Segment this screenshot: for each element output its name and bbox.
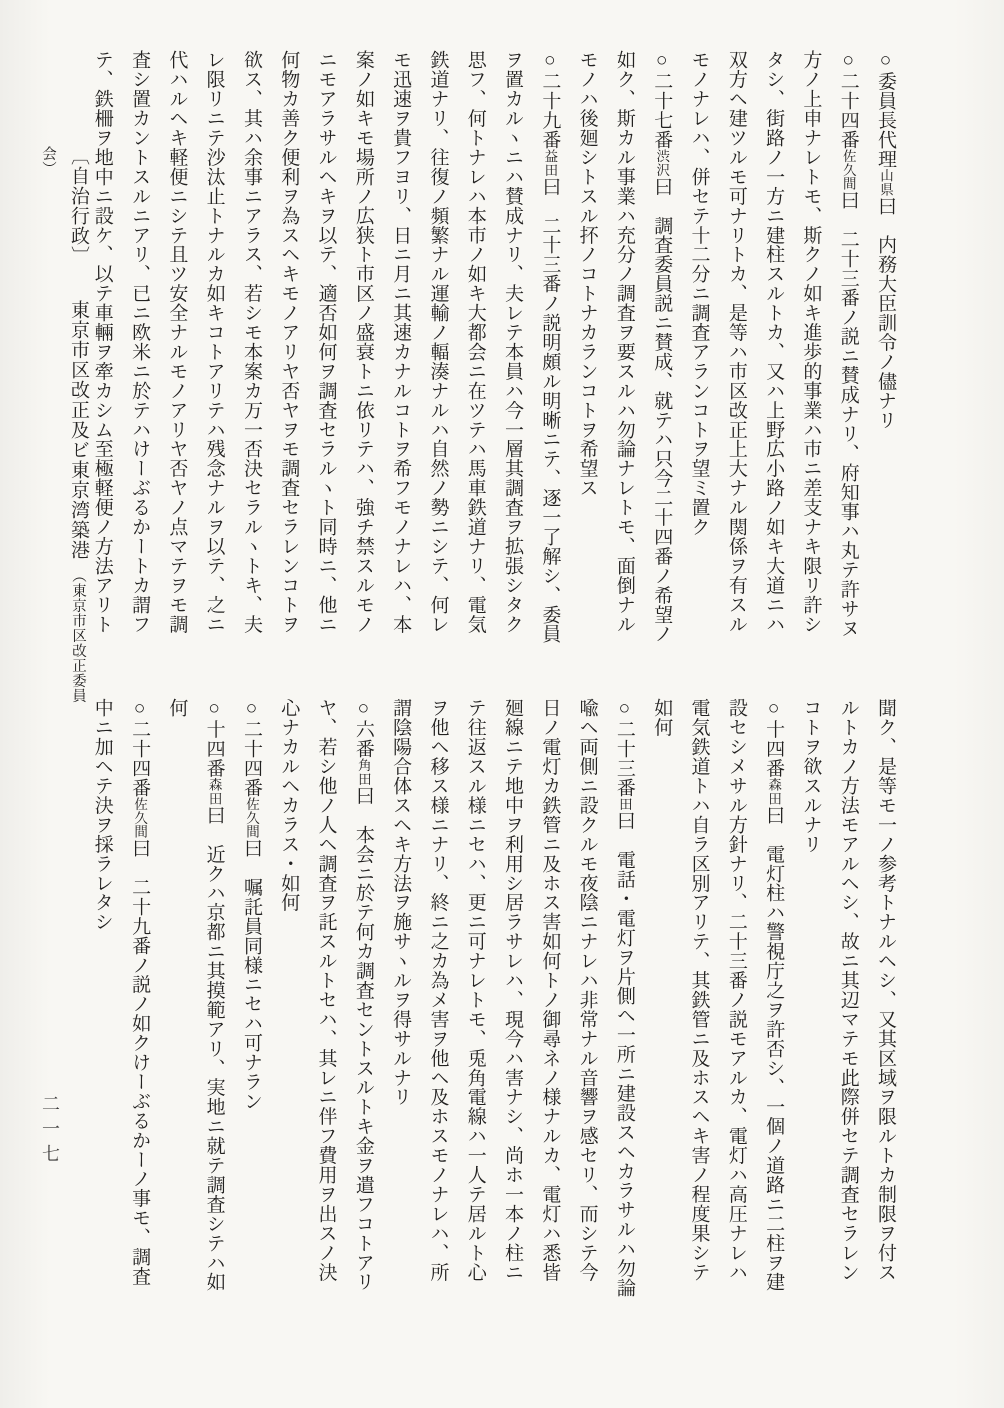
column-text: ○十四番	[204, 698, 225, 778]
text-column: ○二十七番渋沢曰 調査委員説ニ賛成、就テハ只今二十四番ノ希望ノ	[643, 50, 680, 656]
text-column: ○六番角田曰 本会ニ於テ何カ調査セントスルトキ金ヲ遣フコトアリ	[345, 698, 382, 1304]
text-column: 廻線ニテ地中ヲ利用シ居ラサレハ、現今ハ害ナシ、尚ホ一本ノ柱ニ	[494, 698, 531, 1304]
speaker-name: 森田	[207, 778, 222, 805]
column-text: 何物カ善ク便利ヲ為スヘキモノアリヤ否ヤヲモ調査セラレンコトヲ	[278, 50, 299, 634]
page-number: 二一七	[37, 1094, 63, 1169]
column-text: 曰 内務大臣訓令ノ儘ナリ	[875, 196, 896, 429]
text-column: 双方ヘ建ツルモ可ナリトカ、是等ハ市区改正上大ナル関係ヲ有スル	[718, 50, 755, 656]
speaker-name: 佐久間	[841, 149, 856, 190]
column-text: 曰 近クハ京都ニ其摸範アリ、実地ニ就テ調査シテハ如	[204, 805, 225, 1291]
text-column: ヲ置カルヽニハ賛成ナリ、夫レテ本員ハ今一層其調査ヲ拡張シタク	[494, 50, 531, 656]
column-text: ニモアラサルヘキヲ以テ、適否如何ヲ調査セラルヽト同時ニ、他ニ	[316, 50, 337, 634]
column-text: 鉄道ナリ、往復ノ頻繁ナル運輸ノ輻湊ナルハ自然ノ勢ニシテ、何レ	[427, 50, 448, 634]
column-text: 設セシメサル方針ナリ、二十三番ノ説モアルカ、電灯ハ高圧ナレハ	[726, 698, 747, 1282]
column-text: 双方ヘ建ツルモ可ナリトカ、是等ハ市区改正上大ナル関係ヲ有スル	[726, 50, 747, 634]
text-column: 代ハルヘキ軽便ニシテ且ツ安全ナルモノアリヤ否ヤノ点マテヲモ調	[158, 50, 195, 656]
text-column: レ限リニテ沙汰止トナルカ如キコトアリテハ残念ナルヲ以テ、之ニ	[195, 50, 232, 656]
text-column: 鉄道ナリ、往復ノ頻繁ナル運輸ノ輻湊ナルハ自然ノ勢ニシテ、何レ	[419, 50, 456, 656]
text-column: テ、鉄柵ヲ地中ニ設ケ、以テ車輛ヲ牽カシム至極軽便ノ方法アリト	[83, 50, 120, 656]
text-column: タシ、街路ノ一方ニ建柱スルトカ、又ハ上野広小路ノ如キ大道ニハ	[755, 50, 792, 656]
column-text: モノナレハ、併セテ十二分ニ調査アランコトヲ望ミ置ク	[689, 50, 710, 536]
text-column: モ迅速ヲ貴フヨリ、日ニ月ニ其速カナルコトヲ希フモノナレハ、本	[382, 50, 419, 656]
column-text: ルトカノ方法モアルヘシ、故ニ其辺マテモ此際併セテ調査セラレン	[838, 698, 859, 1282]
column-text: 聞ク、是等モ一ノ参考トナルヘシ、又其区域ヲ限ルトカ制限ヲ付ス	[875, 698, 896, 1282]
column-text: 方ノ上申ナレトモ、斯クノ如キ進歩的事業ハ市ニ差支ナキ限リ許シ	[800, 50, 821, 634]
text-column: 思フ、何トナレハ本市ノ如キ大都会ニ在ツテハ馬車鉄道ナリ、電気	[456, 50, 493, 656]
column-text: 謂陰陽合体スヘキ方法ヲ施サヽルヲ得サルナリ	[390, 698, 411, 1106]
text-column: ○二十四番佐久間曰 二十九番ノ説ノ如クけーぶるかーノ事モ、調査	[121, 698, 158, 1304]
column-text: タシ、街路ノ一方ニ建柱スルトカ、又ハ上野広小路ノ如キ大道ニハ	[763, 50, 784, 634]
column-text: 曰 嘱託員同様ニセハ可ナラン	[241, 838, 262, 1110]
column-text: モ迅速ヲ貴フヨリ、日ニ月ニ其速カナルコトヲ希フモノナレハ、本	[390, 50, 411, 634]
text-column: 何物カ善ク便利ヲ為スヘキモノアリヤ否ヤヲモ調査セラレンコトヲ	[270, 50, 307, 656]
text-column: ○二十九番益田曰 二十三番ノ説明頗ル明晰ニテ、逐一了解シ、委員	[531, 50, 568, 656]
main-text-block-bottom: 聞ク、是等モ一ノ参考トナルヘシ、又其区域ヲ限ルトカ制限ヲ付ス ルトカノ方法モアル…	[83, 698, 904, 1304]
column-text: レ限リニテ沙汰止トナルカ如キコトアリテハ残念ナルヲ以テ、之ニ	[204, 50, 225, 634]
speaker-name: 山県	[878, 169, 893, 196]
text-column: ○二十四番佐久間曰 二十三番ノ説ニ賛成ナリ、府知事ハ丸テ許サヌ	[829, 50, 866, 656]
column-text: 日ノ電灯カ鉄管ニ及ホス害如何トノ御尋ネノ様ナルカ、電灯ハ悉皆	[539, 698, 560, 1282]
column-text: 心ナカルヘカラス・如何	[278, 698, 299, 912]
text-column: 方ノ上申ナレトモ、斯クノ如キ進歩的事業ハ市ニ差支ナキ限リ許シ	[792, 50, 829, 656]
column-text: ○二十四番	[129, 698, 150, 797]
document-page: 〔自治行政〕東京市区改正及ビ東京湾築港（東京市区改正委員会） ○委員長代理山県曰…	[0, 0, 1004, 1408]
speaker-name: 渋沢	[654, 149, 669, 176]
text-column: 如ク、斯カル事業ハ充分ノ調査ヲ要スルハ勿論ナレトモ、面倒ナル	[606, 50, 643, 656]
column-text: ヲ他ヘ移ス様ニナリ、終ニ之カ為メ害ヲ他ヘ及ホスモノナレハ、所	[427, 698, 448, 1282]
column-text: 代ハルヘキ軽便ニシテ且ツ安全ナルモノアリヤ否ヤノ点マテヲモ調	[166, 50, 187, 634]
text-column: 何	[158, 698, 195, 1304]
column-text: 曰 二十九番ノ説ノ如クけーぶるかーノ事モ、調査	[129, 838, 150, 1285]
text-column: 謂陰陽合体スヘキ方法ヲ施サヽルヲ得サルナリ	[382, 698, 419, 1304]
text-column: モノナレハ、併セテ十二分ニ調査アランコトヲ望ミ置ク	[680, 50, 717, 656]
column-text: ○二十九番	[539, 50, 560, 149]
column-text: 曰 本会ニ於テ何カ調査セントスルトキ金ヲ遣フコトアリ	[353, 786, 374, 1292]
column-text: ヤ、若シ他ノ人ヘ調査ヲ託スルトセハ、其レニ伴フ費用ヲ出スノ決	[316, 698, 337, 1282]
column-text: 喩ヘ両側ニ設クルモ夜陰ニナレハ非常ナル音響ヲ感セリ、而シテ今	[577, 698, 598, 1282]
column-text: 中ニ加ヘテ決ヲ採ラレタシ	[92, 698, 113, 931]
column-text: テ往返スル様ニセハ、更ニ可ナレトモ、兎角電線ハ一人テ居ルト心	[465, 698, 486, 1282]
column-text: ○委員長代理	[875, 50, 896, 169]
column-text: 思フ、何トナレハ本市ノ如キ大都会ニ在ツテハ馬車鉄道ナリ、電気	[465, 50, 486, 634]
column-text: 電気鉄道トハ自ラ区別アリテ、其鉄管ニ及ホスヘキ害ノ程度果シテ	[689, 698, 710, 1282]
column-text: 査シ置カントスルニアリ、已ニ欧米ニ於テハけーぶるかートカ謂フ	[129, 50, 150, 634]
text-column: 聞ク、是等モ一ノ参考トナルヘシ、又其区域ヲ限ルトカ制限ヲ付ス	[867, 698, 904, 1304]
column-text: ○六番	[353, 698, 374, 758]
column-text: ○二十四番	[838, 50, 859, 149]
speaker-name: 益田	[542, 149, 557, 176]
column-text: 何	[166, 698, 187, 717]
text-column: ○十四番森田曰 近クハ京都ニ其摸範アリ、実地ニ就テ調査シテハ如	[195, 698, 232, 1304]
text-column: ○二十四番佐久間曰 嘱託員同様ニセハ可ナラン	[233, 698, 270, 1304]
text-column: 日ノ電灯カ鉄管ニ及ホス害如何トノ御尋ネノ様ナルカ、電灯ハ悉皆	[531, 698, 568, 1304]
speaker-name: 佐久間	[132, 797, 147, 838]
text-column: ○十四番森田曰 電灯柱ハ警視庁之ヲ許否シ、一個ノ道路ニ二柱ヲ建	[755, 698, 792, 1304]
column-text: 曰 電話・電灯ヲ片側ヘ一所ニ建設スヘカラサルハ勿論	[614, 811, 635, 1297]
text-column: ○二十三番田曰 電話・電灯ヲ片側ヘ一所ニ建設スヘカラサルハ勿論	[606, 698, 643, 1304]
speaker-name: 田	[617, 797, 632, 811]
speaker-name: 角田	[356, 758, 371, 785]
column-text: ○二十四番	[241, 698, 262, 797]
text-column: 中ニ加ヘテ決ヲ採ラレタシ	[83, 698, 120, 1304]
text-column: 喩ヘ両側ニ設クルモ夜陰ニナレハ非常ナル音響ヲ感セリ、而シテ今	[568, 698, 605, 1304]
text-column: 如何	[643, 698, 680, 1304]
text-column: ヲ他ヘ移ス様ニナリ、終ニ之カ為メ害ヲ他ヘ及ホスモノナレハ、所	[419, 698, 456, 1304]
column-text: ○十四番	[763, 698, 784, 778]
text-column: 設セシメサル方針ナリ、二十三番ノ説モアルカ、電灯ハ高圧ナレハ	[718, 698, 755, 1304]
column-text: 曰 電灯柱ハ警視庁之ヲ許否シ、一個ノ道路ニ二柱ヲ建	[763, 805, 784, 1291]
column-text: ヲ置カルヽニハ賛成ナリ、夫レテ本員ハ今一層其調査ヲ拡張シタク	[502, 50, 523, 634]
column-text: コトヲ欲スルナリ	[800, 698, 821, 854]
column-text: 曰 二十三番ノ説明頗ル明晰ニテ、逐一了解シ、委員	[539, 177, 560, 644]
column-text: 廻線ニテ地中ヲ利用シ居ラサレハ、現今ハ害ナシ、尚ホ一本ノ柱ニ	[502, 698, 523, 1282]
column-text: 案ノ如キモ場所ノ広狭ト市区ノ盛衰トニ依リテハ、強チ禁スルモノ	[353, 50, 374, 634]
column-text: ○二十七番	[651, 50, 672, 149]
column-text: テ、鉄柵ヲ地中ニ設ケ、以テ車輛ヲ牽カシム至極軽便ノ方法アリト	[92, 50, 113, 634]
column-text: 如ク、斯カル事業ハ充分ノ調査ヲ要スルハ勿論ナレトモ、面倒ナル	[614, 50, 635, 634]
text-column: 案ノ如キモ場所ノ広狭ト市区ノ盛衰トニ依リテハ、強チ禁スルモノ	[345, 50, 382, 656]
text-column: モノハ後廻シトスル抔ノコトナカランコトヲ希望ス	[568, 50, 605, 656]
text-column: ○委員長代理山県曰 内務大臣訓令ノ儘ナリ	[867, 50, 904, 656]
speaker-name: 佐久間	[244, 797, 259, 838]
column-text: 欲ス、其ハ余事ニアラス、若シモ本案カ万一否決セラルヽトキ、夫	[241, 50, 262, 634]
column-text: モノハ後廻シトスル抔ノコトナカランコトヲ希望ス	[577, 50, 598, 497]
main-text-block-top: ○委員長代理山県曰 内務大臣訓令ノ儘ナリ ○二十四番佐久間曰 二十三番ノ説ニ賛成…	[83, 50, 904, 656]
text-column: 欲ス、其ハ余事ニアラス、若シモ本案カ万一否決セラルヽトキ、夫	[233, 50, 270, 656]
text-column: ニモアラサルヘキヲ以テ、適否如何ヲ調査セラルヽト同時ニ、他ニ	[307, 50, 344, 656]
text-column: ルトカノ方法モアルヘシ、故ニ其辺マテモ此際併セテ調査セラレン	[829, 698, 866, 1304]
text-column: テ往返スル様ニセハ、更ニ可ナレトモ、兎角電線ハ一人テ居ルト心	[456, 698, 493, 1304]
speaker-name: 森田	[766, 778, 781, 805]
column-text: ○二十三番	[614, 698, 635, 797]
column-text: 曰 二十三番ノ説ニ賛成ナリ、府知事ハ丸テ許サヌ	[838, 190, 859, 637]
column-text: 如何	[651, 698, 672, 737]
text-column: 電気鉄道トハ自ラ区別アリテ、其鉄管ニ及ホスヘキ害ノ程度果シテ	[680, 698, 717, 1304]
column-text: 曰 調査委員説ニ賛成、就テハ只今二十四番ノ希望ノ	[651, 177, 672, 644]
text-column: ヤ、若シ他ノ人ヘ調査ヲ託スルトセハ、其レニ伴フ費用ヲ出スノ決	[307, 698, 344, 1304]
text-column: 心ナカルヘカラス・如何	[270, 698, 307, 1304]
text-column: 査シ置カントスルニアリ、已ニ欧米ニ於テハけーぶるかートカ謂フ	[121, 50, 158, 656]
text-column: コトヲ欲スルナリ	[792, 698, 829, 1304]
